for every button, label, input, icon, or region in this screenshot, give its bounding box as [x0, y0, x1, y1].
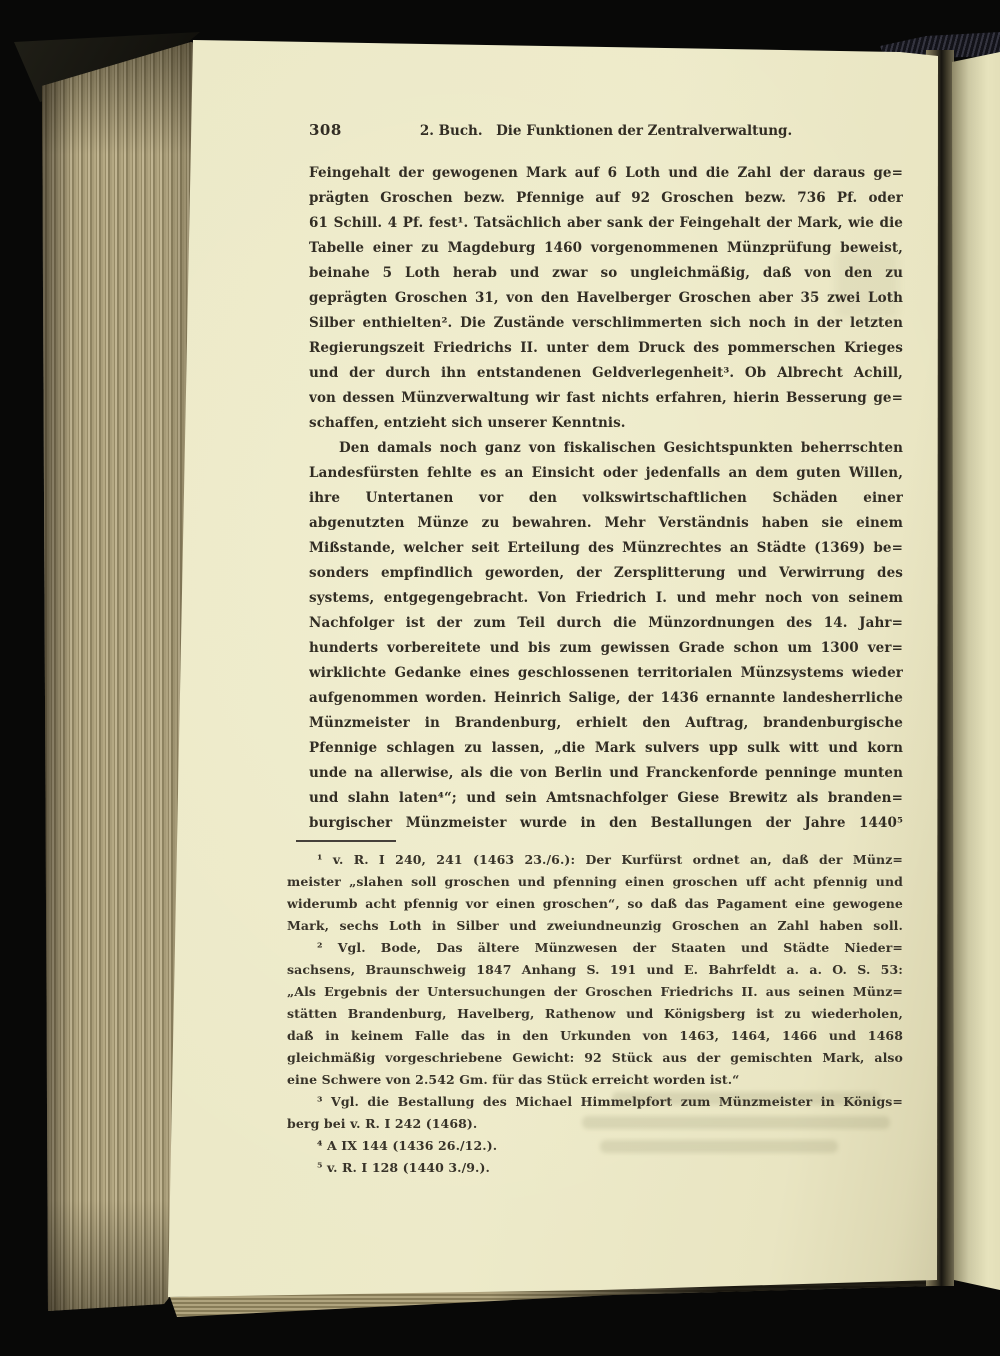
running-header: 2. Buch. Die Funktionen der Zentralverwa… [309, 123, 903, 139]
paragraph-2-line-14: unde na allerwise, als die von Berlin un… [309, 761, 903, 786]
footnote-1-line-2: meister „slahen soll groschen und pfenni… [287, 871, 903, 893]
paragraph-2-line-2: Landesfürsten fehlte es an Einsicht oder… [309, 461, 903, 486]
paragraph-1-line-1: Feingehalt der gewogenen Mark auf 6 Loth… [309, 161, 903, 186]
paragraph-1-line-3: 61 Schill. 4 Pf. fest¹. Tatsächlich aber… [309, 211, 903, 236]
footnote-3-line-2: berg bei v. R. I 242 (1468). [287, 1113, 903, 1135]
paragraph-1-line-5: beinahe 5 Loth herab und zwar so ungleic… [309, 261, 903, 286]
paragraph-1-line-8: Regierungszeit Friedrichs II. unter dem … [309, 336, 903, 361]
footnote-1-line-3: widerumb acht pfennig vor einen groschen… [287, 893, 903, 915]
paragraph-2-line-13: Pfennige schlagen zu lassen, „die Mark s… [309, 736, 903, 761]
paragraph-2-line-16: burgischer Münzmeister wurde in den Best… [309, 811, 903, 836]
paragraph-2: Den damals noch ganz von fiskalischen Ge… [309, 436, 903, 836]
paragraph-1-line-9: und der durch ihn entstandenen Geldverle… [309, 361, 903, 386]
footnote-4: ⁴ A IX 144 (1436 26./12.). [287, 1135, 903, 1157]
paragraph-2-line-9: hunderts vorbereitete und bis zum gewiss… [309, 636, 903, 661]
footnote-1: ¹ v. R. I 240, 241 (1463 23./6.): Der Ku… [287, 849, 903, 937]
paragraph-2-line-1: Den damals noch ganz von fiskalischen Ge… [309, 436, 903, 461]
paragraph-2-line-11: aufgenommen worden. Heinrich Salige, der… [309, 686, 903, 711]
facing-page-edge [952, 52, 1000, 1290]
footnote-2-line-1: ² Vgl. Bode, Das ältere Münzwesen der St… [287, 937, 903, 959]
paragraph-2-line-8: Nachfolger ist der zum Teil durch die Mü… [309, 611, 903, 636]
paragraph-2-line-7: systems, entgegengebracht. Von Friedrich… [309, 586, 903, 611]
paragraph-1: Feingehalt der gewogenen Mark auf 6 Loth… [309, 161, 903, 436]
paragraph-1-line-6: geprägten Groschen 31, von den Havelberg… [309, 286, 903, 311]
paragraph-1-line-2: prägten Groschen bezw. Pfennige auf 92 G… [309, 186, 903, 211]
paragraph-2-line-12: Münzmeister in Brandenburg, erhielt den … [309, 711, 903, 736]
footnote-separator-rule [296, 840, 396, 842]
body-text: Feingehalt der gewogenen Mark auf 6 Loth… [309, 161, 903, 836]
footnote-1-line-4: Mark, sechs Loth in Silber und zweiundne… [287, 915, 903, 937]
footnote-5-line-1: ⁵ v. R. I 128 (1440 3./9.). [287, 1157, 903, 1179]
footnote-2-line-7: eine Schwere von 2.542 Gm. für das Stück… [287, 1069, 903, 1091]
footnote-1-line-1: ¹ v. R. I 240, 241 (1463 23./6.): Der Ku… [287, 849, 903, 871]
footnotes: ¹ v. R. I 240, 241 (1463 23./6.): Der Ku… [287, 849, 903, 1179]
footnote-2-line-5: daß in keinem Falle das in den Urkunden … [287, 1025, 903, 1047]
footnote-2-line-3: „Als Ergebnis der Untersuchungen der Gro… [287, 981, 903, 1003]
paragraph-2-line-10: wirklichte Gedanke eines geschlossenen t… [309, 661, 903, 686]
paragraph-1-line-10: von dessen Münzverwaltung wir fast nicht… [309, 386, 903, 411]
paragraph-1-line-11: schaffen, entzieht sich unserer Kenntnis… [309, 411, 903, 436]
footnote-4-line-1: ⁴ A IX 144 (1436 26./12.). [287, 1135, 903, 1157]
paragraph-2-line-5: Mißstande, welcher seit Erteilung des Mü… [309, 536, 903, 561]
paragraph-1-line-7: Silber enthielten². Die Zustände verschl… [309, 311, 903, 336]
footnote-2-line-6: gleichmäßig vorgeschriebene Gewicht: 92 … [287, 1047, 903, 1069]
footnote-3: ³ Vgl. die Bestallung des Michael Himmel… [287, 1091, 903, 1135]
footnote-2-line-2: sachsens, Braunschweig 1847 Anhang S. 19… [287, 959, 903, 981]
book-scan: 308 2. Buch. Die Funktionen der Zentralv… [0, 0, 1000, 1356]
paragraph-2-line-4: abgenutzten Münze zu bewahren. Mehr Vers… [309, 511, 903, 536]
paragraph-1-line-4: Tabelle einer zu Magdeburg 1460 vorgenom… [309, 236, 903, 261]
footnote-2: ² Vgl. Bode, Das ältere Münzwesen der St… [287, 937, 903, 1091]
footnote-5: ⁵ v. R. I 128 (1440 3./9.). [287, 1157, 903, 1179]
paragraph-2-line-15: und slahn laten⁴“; und sein Amtsnachfolg… [309, 786, 903, 811]
paragraph-2-line-3: ihre Untertanen vor den volkswirtschaftl… [309, 486, 903, 511]
footnote-3-line-1: ³ Vgl. die Bestallung des Michael Himmel… [287, 1091, 903, 1113]
paragraph-2-line-6: sonders empfindlich geworden, der Zerspl… [309, 561, 903, 586]
footnote-2-line-4: stätten Brandenburg, Havelberg, Rathenow… [287, 1003, 903, 1025]
